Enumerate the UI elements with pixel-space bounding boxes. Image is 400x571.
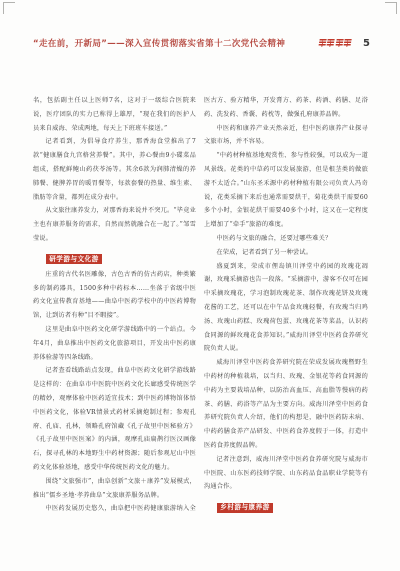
- article-paragraph: 中医药与文旅的融合，还要过哪些难关？: [204, 232, 368, 246]
- article-paragraph: 威海川泽堂中医药食养研究院在荣成发展玫瑰暨野生中药材的种植栽培，以当归、玫瑰、金…: [204, 356, 368, 453]
- page-number: 5: [363, 38, 370, 49]
- article-paragraph: 记者查看线路站点发现，曲阜中医药文化研学游线路是这样的：在曲阜市中医院中医药文化…: [33, 364, 196, 474]
- article-paragraph: 在荣成，记者看到了另一种尝试。: [204, 246, 368, 260]
- article-paragraph: 记者看到，为倡导食疗养生，那香海食堂推出了7款“健康膳食九宫格营养餐”。其中，养…: [33, 135, 196, 204]
- article-column-left: 名，包括副主任以上医师7名，这对于一级综合医院来说，医疗团队的实力已称得上雄厚，…: [33, 94, 196, 518]
- masthead-headline: “走在前，开新局”——深入宣传贯彻落实省第十二次党代会精神: [33, 37, 285, 49]
- masthead-logo-icon: [319, 39, 352, 47]
- article-paragraph: 这里是曲阜中医药文化研学游线路中的一个站点。今年4月，曲阜推出中医药文化旅游项目…: [33, 323, 196, 364]
- masthead: “走在前，开新局”——深入宣传贯彻落实省第十二次党代会精神 5: [33, 36, 370, 50]
- section-subhead: 乡村游与康养游: [217, 503, 273, 513]
- article-paragraph: 盛夏到来，荣成市俚岛镇川泽堂中药园的玫瑰花凋谢，玫瑰采摘游也告一段落。“采摘游中…: [204, 260, 368, 357]
- newspaper-page: “走在前，开新局”——深入宣传贯彻落实省第十二次党代会精神 5 名，包括副主任以…: [0, 0, 400, 571]
- article-paragraph: 名，包括副主任以上医师7名，这对于一级综合医院来说，医疗团队的实力已称得上雄厚，…: [33, 94, 196, 135]
- section-subhead: 研学游与文化游: [46, 254, 102, 264]
- article-paragraph: 从文旅往康养发力，对那香海来说并不突兀。“毕竟业主也有康养服务的需求，自然而然就…: [33, 204, 196, 245]
- article-paragraph: 中医药和康养产业天然亲近，但中医药康养产业探寻文旅市场，并不容易。: [204, 122, 368, 150]
- article-paragraph: 中医药发展历史悠久，曲阜把中医药健康旅游纳入全域旅游体系建设范畴，创成国家中医药…: [33, 502, 196, 518]
- article-paragraph: 围绕“文旅强市”，曲阜创新“文旅＋康养”发展模式，推出“儒乡圣地·孝养曲阜”文旅…: [33, 475, 196, 503]
- article-paragraph: 记者注意到，威海川泽堂中医药食养研究院与威海市中医院、山东医药技师学院、山东药品…: [204, 453, 368, 494]
- article-paragraph: 庄重的古代名医雕像，古色古香的仿古药店，种类繁多的制药器具，1500多种中药标本…: [33, 268, 196, 323]
- article-column-right: 医古方、验方精华，开发膏方、药茶、药酒、药膳、足浴药、洗发药、香囊、药枕等，做强…: [204, 94, 368, 518]
- article-paragraph: 康养旅游，也成为一些乡村游经营者发力的一个方向。: [204, 516, 368, 518]
- trim-mark-top-left: [3, 2, 15, 14]
- article-paragraph: “中药材种植基地观赏性、参与性较强，可以成为一道风景线。花类的中草药可以发展旅游…: [204, 149, 368, 232]
- article-paragraph: 医古方、验方精华，开发膏方、药茶、药酒、药膳、足浴药、洗发药、香囊、药枕等，做强…: [204, 94, 368, 122]
- trim-mark-top-right: [385, 2, 397, 14]
